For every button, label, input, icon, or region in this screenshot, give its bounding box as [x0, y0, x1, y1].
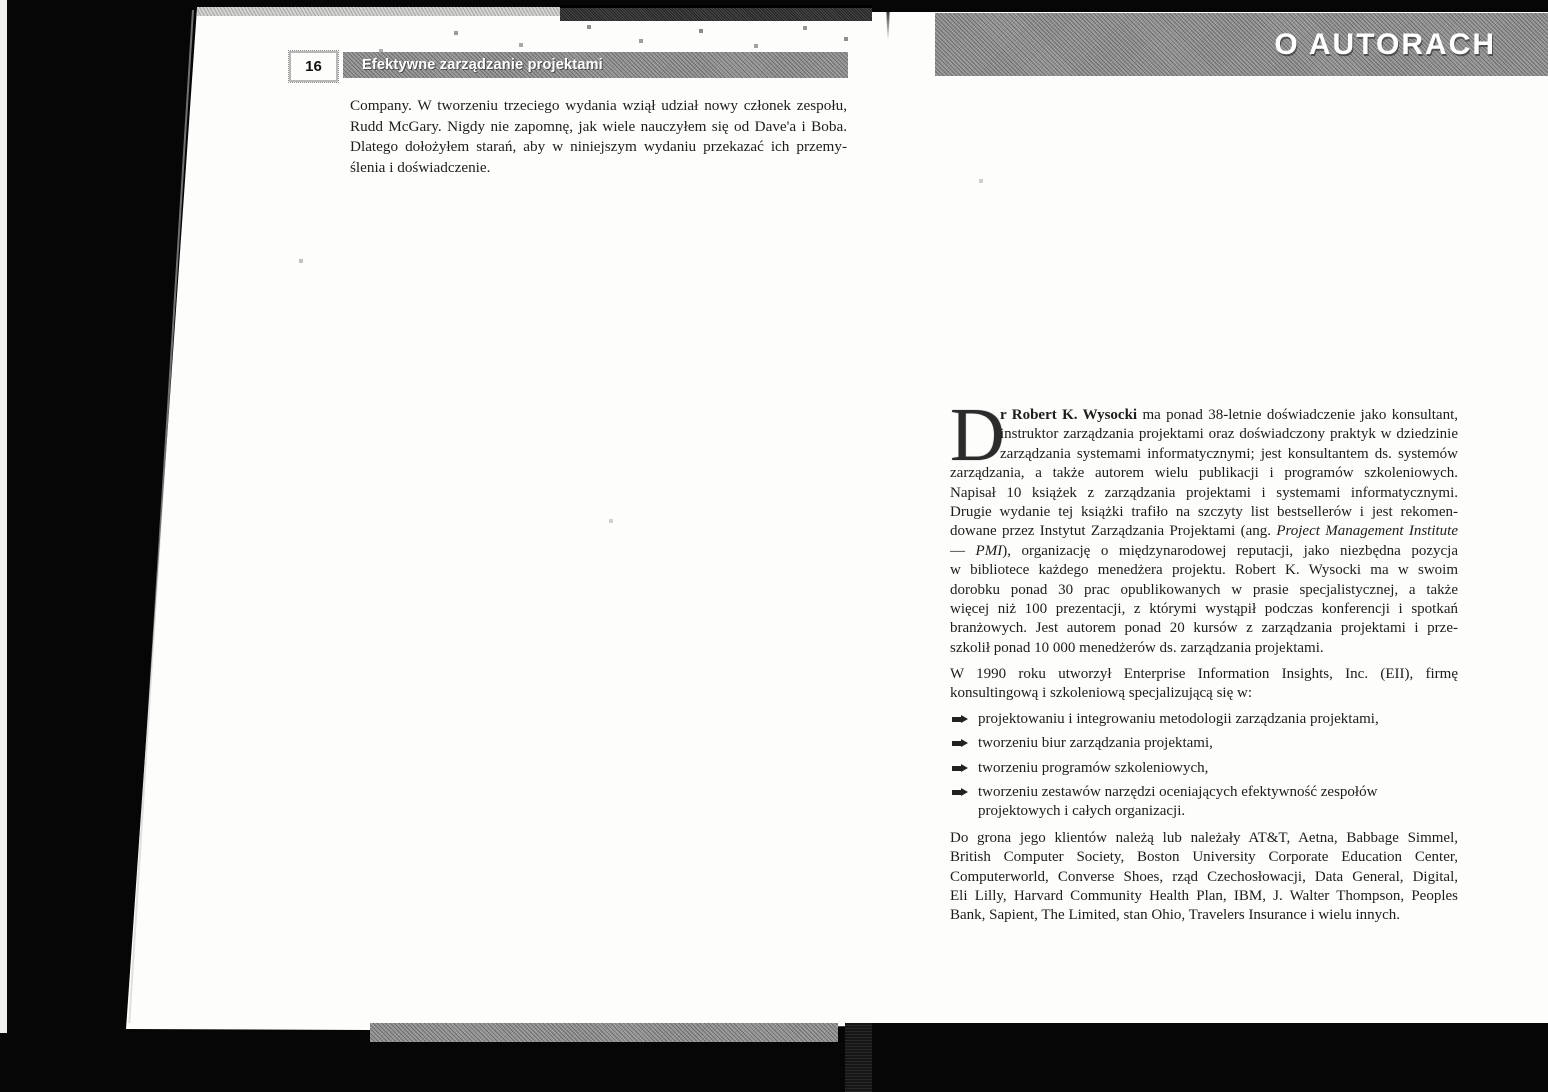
bullet-text: tworzeniu zestawów narzędzi oceniających… — [978, 783, 1458, 822]
intro-paragraph: W 1990 roku utworzył Enterprise Informat… — [950, 665, 1458, 704]
bullet-text: projektowaniu i integrowaniu metodologii… — [978, 710, 1458, 729]
bio-lines: r Robert K. Wysocki ma ponad 38-letnie d… — [950, 406, 1458, 658]
left-running-header-bar: Efektywne zarządzanie projektami — [343, 52, 848, 78]
scan-edge-sliver — [0, 0, 7, 1033]
text-line: tworzeniu programów szkoleniowych, — [978, 759, 1458, 778]
arrow-right-icon — [952, 741, 961, 746]
text-line: dorobku ponad 30 prac opublikowanych w p… — [950, 581, 1458, 600]
text-line: Rudd McGary. Nigdy nie zapomnę, jak wiel… — [350, 117, 847, 138]
text-line: Computerworld, Converse Shoes, rząd Czec… — [950, 868, 1458, 887]
page-fold-bottom-shadow — [845, 1023, 872, 1092]
text-line: Bank, Sapient, The Limited, stan Ohio, T… — [950, 906, 1458, 925]
text-line: Drugie wydanie tej książki trafiło na sz… — [950, 503, 1458, 522]
scan-noise-strip-light — [197, 7, 563, 16]
bullet-text: tworzeniu biur zarządzania projektami, — [978, 734, 1458, 753]
book-scan: 16 Efektywne zarządzanie projektami O AU… — [0, 0, 1548, 1092]
arrow-right-icon — [952, 717, 961, 722]
specialization-list: projektowaniu i integrowaniu metodologii… — [950, 710, 1458, 822]
text-line: dowane przez Instytut Zarządzania Projek… — [950, 522, 1458, 541]
bullet-item: projektowaniu i integrowaniu metodologii… — [978, 710, 1458, 729]
clients-paragraph: Do grona jego klientów należą lub należa… — [950, 829, 1458, 926]
text-line: W 1990 roku utworzył Enterprise Informat… — [950, 665, 1458, 684]
text-line: Eli Lilly, Harvard Community Health Plan… — [950, 887, 1458, 906]
drop-cap: D — [950, 406, 994, 464]
arrow-right-icon — [952, 790, 961, 795]
right-running-header-bar: O AUTORACH — [935, 13, 1548, 76]
text-line: British Computer Society, Boston Univers… — [950, 848, 1458, 867]
scan-speckles — [0, 0, 2, 2]
bio-paragraph: D r Robert K. Wysocki ma ponad 38-letnie… — [950, 406, 1458, 658]
scan-noise-strip-bottom — [370, 1023, 838, 1042]
scan-noise-strip-dark — [560, 5, 872, 21]
text-line: szkolił ponad 10 000 menedżerów ds. zarz… — [950, 639, 1458, 658]
bullet-item: tworzeniu programów szkoleniowych, — [978, 759, 1458, 778]
text-line: Napisał 10 książek z zarządzania projekt… — [950, 484, 1458, 503]
left-running-header-title: Efektywne zarządzanie projektami — [343, 57, 603, 73]
text-line: zarządzania, a także autorem wielu publi… — [950, 464, 1458, 483]
text-line: projektowaniu i integrowaniu metodologii… — [978, 710, 1458, 729]
text-line: instruktor zarządzania projektami oraz d… — [1000, 425, 1458, 444]
text-line: Do grona jego klientów należą lub należa… — [950, 829, 1458, 848]
left-page-paragraph: Company. W tworzeniu trzeciego wydania w… — [350, 96, 847, 178]
text-line: konsultingową i szkoleniową specjalizują… — [950, 684, 1458, 703]
text-line: tworzeniu biur zarządzania projektami, — [978, 734, 1458, 753]
text-line: Dlatego dołożyłem starań, aby w niniejsz… — [350, 137, 847, 158]
text-line: Company. W tworzeniu trzeciego wydania w… — [350, 96, 847, 117]
text-line: więcej niż 100 prezentacji, z którymi wy… — [950, 600, 1458, 619]
text-line: ślenia i doświadczenie. — [350, 158, 847, 179]
text-line: — PMI), organizację o międzynarodowej re… — [950, 542, 1458, 561]
text-line: r Robert K. Wysocki ma ponad 38-letnie d… — [1000, 406, 1458, 425]
chapter-title: O AUTORACH — [1274, 28, 1548, 62]
bullet-text: tworzeniu programów szkoleniowych, — [978, 759, 1458, 778]
text-line: zarządzania systemami informatycznymi; j… — [1000, 445, 1458, 464]
bullet-item: tworzeniu zestawów narzędzi oceniających… — [978, 783, 1458, 822]
bullet-item: tworzeniu biur zarządzania projektami, — [978, 734, 1458, 753]
text-line: projektowych i całych organizacji. — [978, 802, 1458, 821]
text-line: branżowych. Jest autorem ponad 20 kursów… — [950, 619, 1458, 638]
page-number: 16 — [289, 51, 338, 82]
arrow-right-icon — [952, 766, 961, 771]
text-line: w bibliotece każdego menedżera projektu.… — [950, 561, 1458, 580]
author-bio-column: D r Robert K. Wysocki ma ponad 38-letnie… — [950, 406, 1458, 926]
text-line: tworzeniu zestawów narzędzi oceniających… — [978, 783, 1458, 802]
